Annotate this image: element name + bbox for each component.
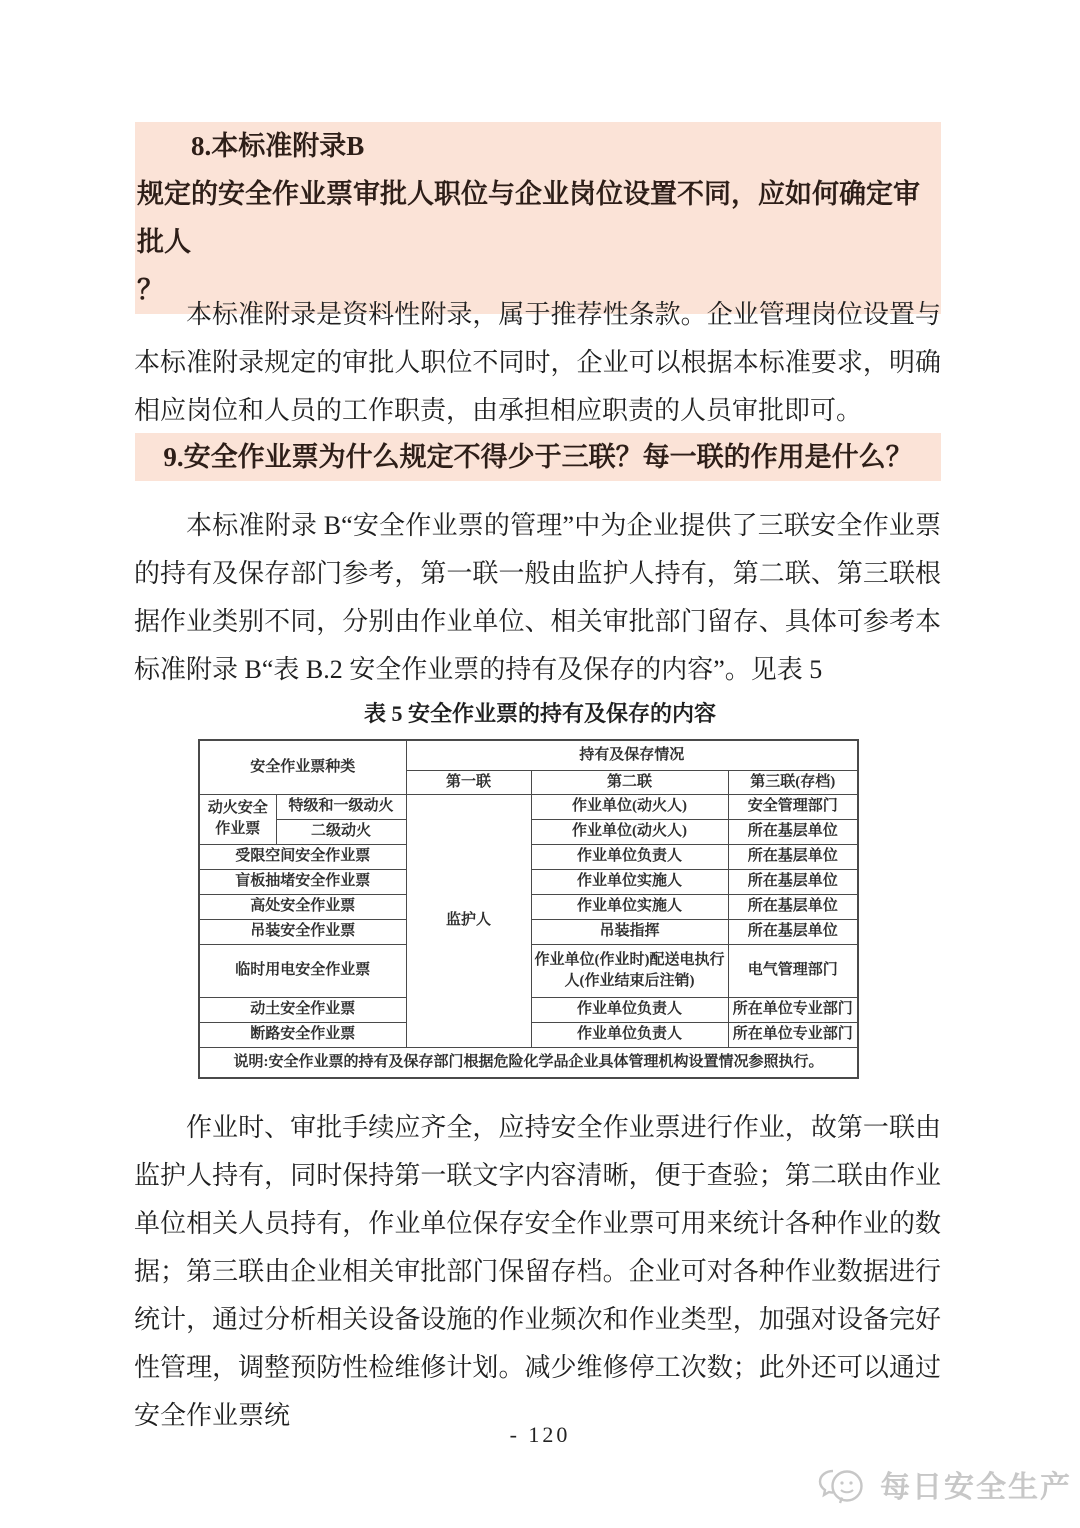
table-note: 说明:安全作业票的持有及保存部门根据危险化学品企业具体管理机构设置情况参照执行。: [199, 1047, 858, 1078]
table-header-row-1: 安全作业票种类 持有及保存情况: [199, 740, 858, 770]
cell-second-copy: 作业单位(作业时)配送电执行人(作业结束后注销): [531, 944, 728, 997]
wechat-logo-icon: [816, 1462, 872, 1506]
cell-second-copy: 作业单位(动火人): [531, 819, 728, 844]
cell-second-copy: 作业单位实施人: [531, 894, 728, 919]
question-9-heading: 9.安全作业票为什么规定不得少于三联？每一联的作用是什么？: [135, 433, 941, 481]
cell-first-copy-holder: 监护人: [406, 794, 531, 1047]
cell-permit-type: 临时用电安全作业票: [199, 944, 406, 997]
header-cell-copy-3: 第三联(存档): [728, 770, 858, 794]
cell-third-copy: 所在基层单位: [728, 919, 858, 944]
cell-third-copy: 所在基层单位: [728, 894, 858, 919]
cell-permit-type: 受限空间安全作业票: [199, 844, 406, 869]
cell-second-copy: 作业单位(动火人): [531, 794, 728, 819]
cell-permit-type: 高处安全作业票: [199, 894, 406, 919]
cell-permit-type: 盲板抽堵安全作业票: [199, 869, 406, 894]
question-9-answer-continued-paragraph: 作业时、审批手续应齐全，应持安全作业票进行作业，故第一联由监护人持有，同时保持第…: [134, 1104, 941, 1440]
question-8-heading-line2: 规定的安全作业票审批人职位与企业岗位设置不同，应如何确定审批人: [137, 170, 939, 266]
page-number: - 120: [0, 1422, 1080, 1448]
cell-third-copy: 所在单位专业部门: [728, 997, 858, 1022]
cell-second-copy: 吊装指挥: [531, 919, 728, 944]
question-8-heading: 8.本标准附录B 规定的安全作业票审批人职位与企业岗位设置不同，应如何确定审批人…: [135, 122, 941, 314]
cell-third-copy: 电气管理部门: [728, 944, 858, 997]
watermark-text: 每日安全生产: [880, 1462, 1072, 1506]
table-row: 动火安全作业票 特级和一级动火 监护人 作业单位(动火人) 安全管理部门: [199, 794, 858, 819]
question-9-answer-intro-paragraph: 本标准附录 B“安全作业票的管理”中为企业提供了三联安全作业票的持有及保存部门参…: [134, 502, 941, 694]
cell-third-copy: 所在基层单位: [728, 819, 858, 844]
question-8-answer-paragraph: 本标准附录是资料性附录，属于推荐性条款。企业管理岗位设置与本标准附录规定的审批人…: [134, 291, 941, 435]
header-cell-permit-type: 安全作业票种类: [199, 740, 406, 794]
cell-permit-type: 动土安全作业票: [199, 997, 406, 1022]
cell-second-copy: 作业单位负责人: [531, 1022, 728, 1047]
table-note-row: 说明:安全作业票的持有及保存部门根据危险化学品企业具体管理机构设置情况参照执行。: [199, 1047, 858, 1078]
cell-third-copy: 安全管理部门: [728, 794, 858, 819]
cell-permit-type: 二级动火: [276, 819, 406, 844]
permit-holding-table: 安全作业票种类 持有及保存情况 第一联 第二联 第三联(存档) 动火安全作业票 …: [198, 739, 859, 1079]
header-cell-copy-1: 第一联: [406, 770, 531, 794]
cell-second-copy: 作业单位实施人: [531, 869, 728, 894]
table-5-title: 表 5 安全作业票的持有及保存的内容: [0, 697, 1080, 728]
cell-permit-type: 断路安全作业票: [199, 1022, 406, 1047]
header-cell-hold-group: 持有及保存情况: [406, 740, 858, 770]
cell-third-copy: 所在基层单位: [728, 844, 858, 869]
cell-third-copy: 所在基层单位: [728, 869, 858, 894]
header-cell-copy-2: 第二联: [531, 770, 728, 794]
cell-second-copy: 作业单位负责人: [531, 997, 728, 1022]
cell-permit-type: 特级和一级动火: [276, 794, 406, 819]
cell-second-copy: 作业单位负责人: [531, 844, 728, 869]
document-page: 8.本标准附录B 规定的安全作业票审批人职位与企业岗位设置不同，应如何确定审批人…: [0, 0, 1080, 1528]
cell-fire-group: 动火安全作业票: [199, 794, 276, 844]
cell-permit-type: 吊装安全作业票: [199, 919, 406, 944]
cell-third-copy: 所在单位专业部门: [728, 1022, 858, 1047]
footer-watermark: 每日安全生产: [816, 1462, 1072, 1506]
question-8-heading-line1: 8.本标准附录B: [137, 122, 939, 170]
